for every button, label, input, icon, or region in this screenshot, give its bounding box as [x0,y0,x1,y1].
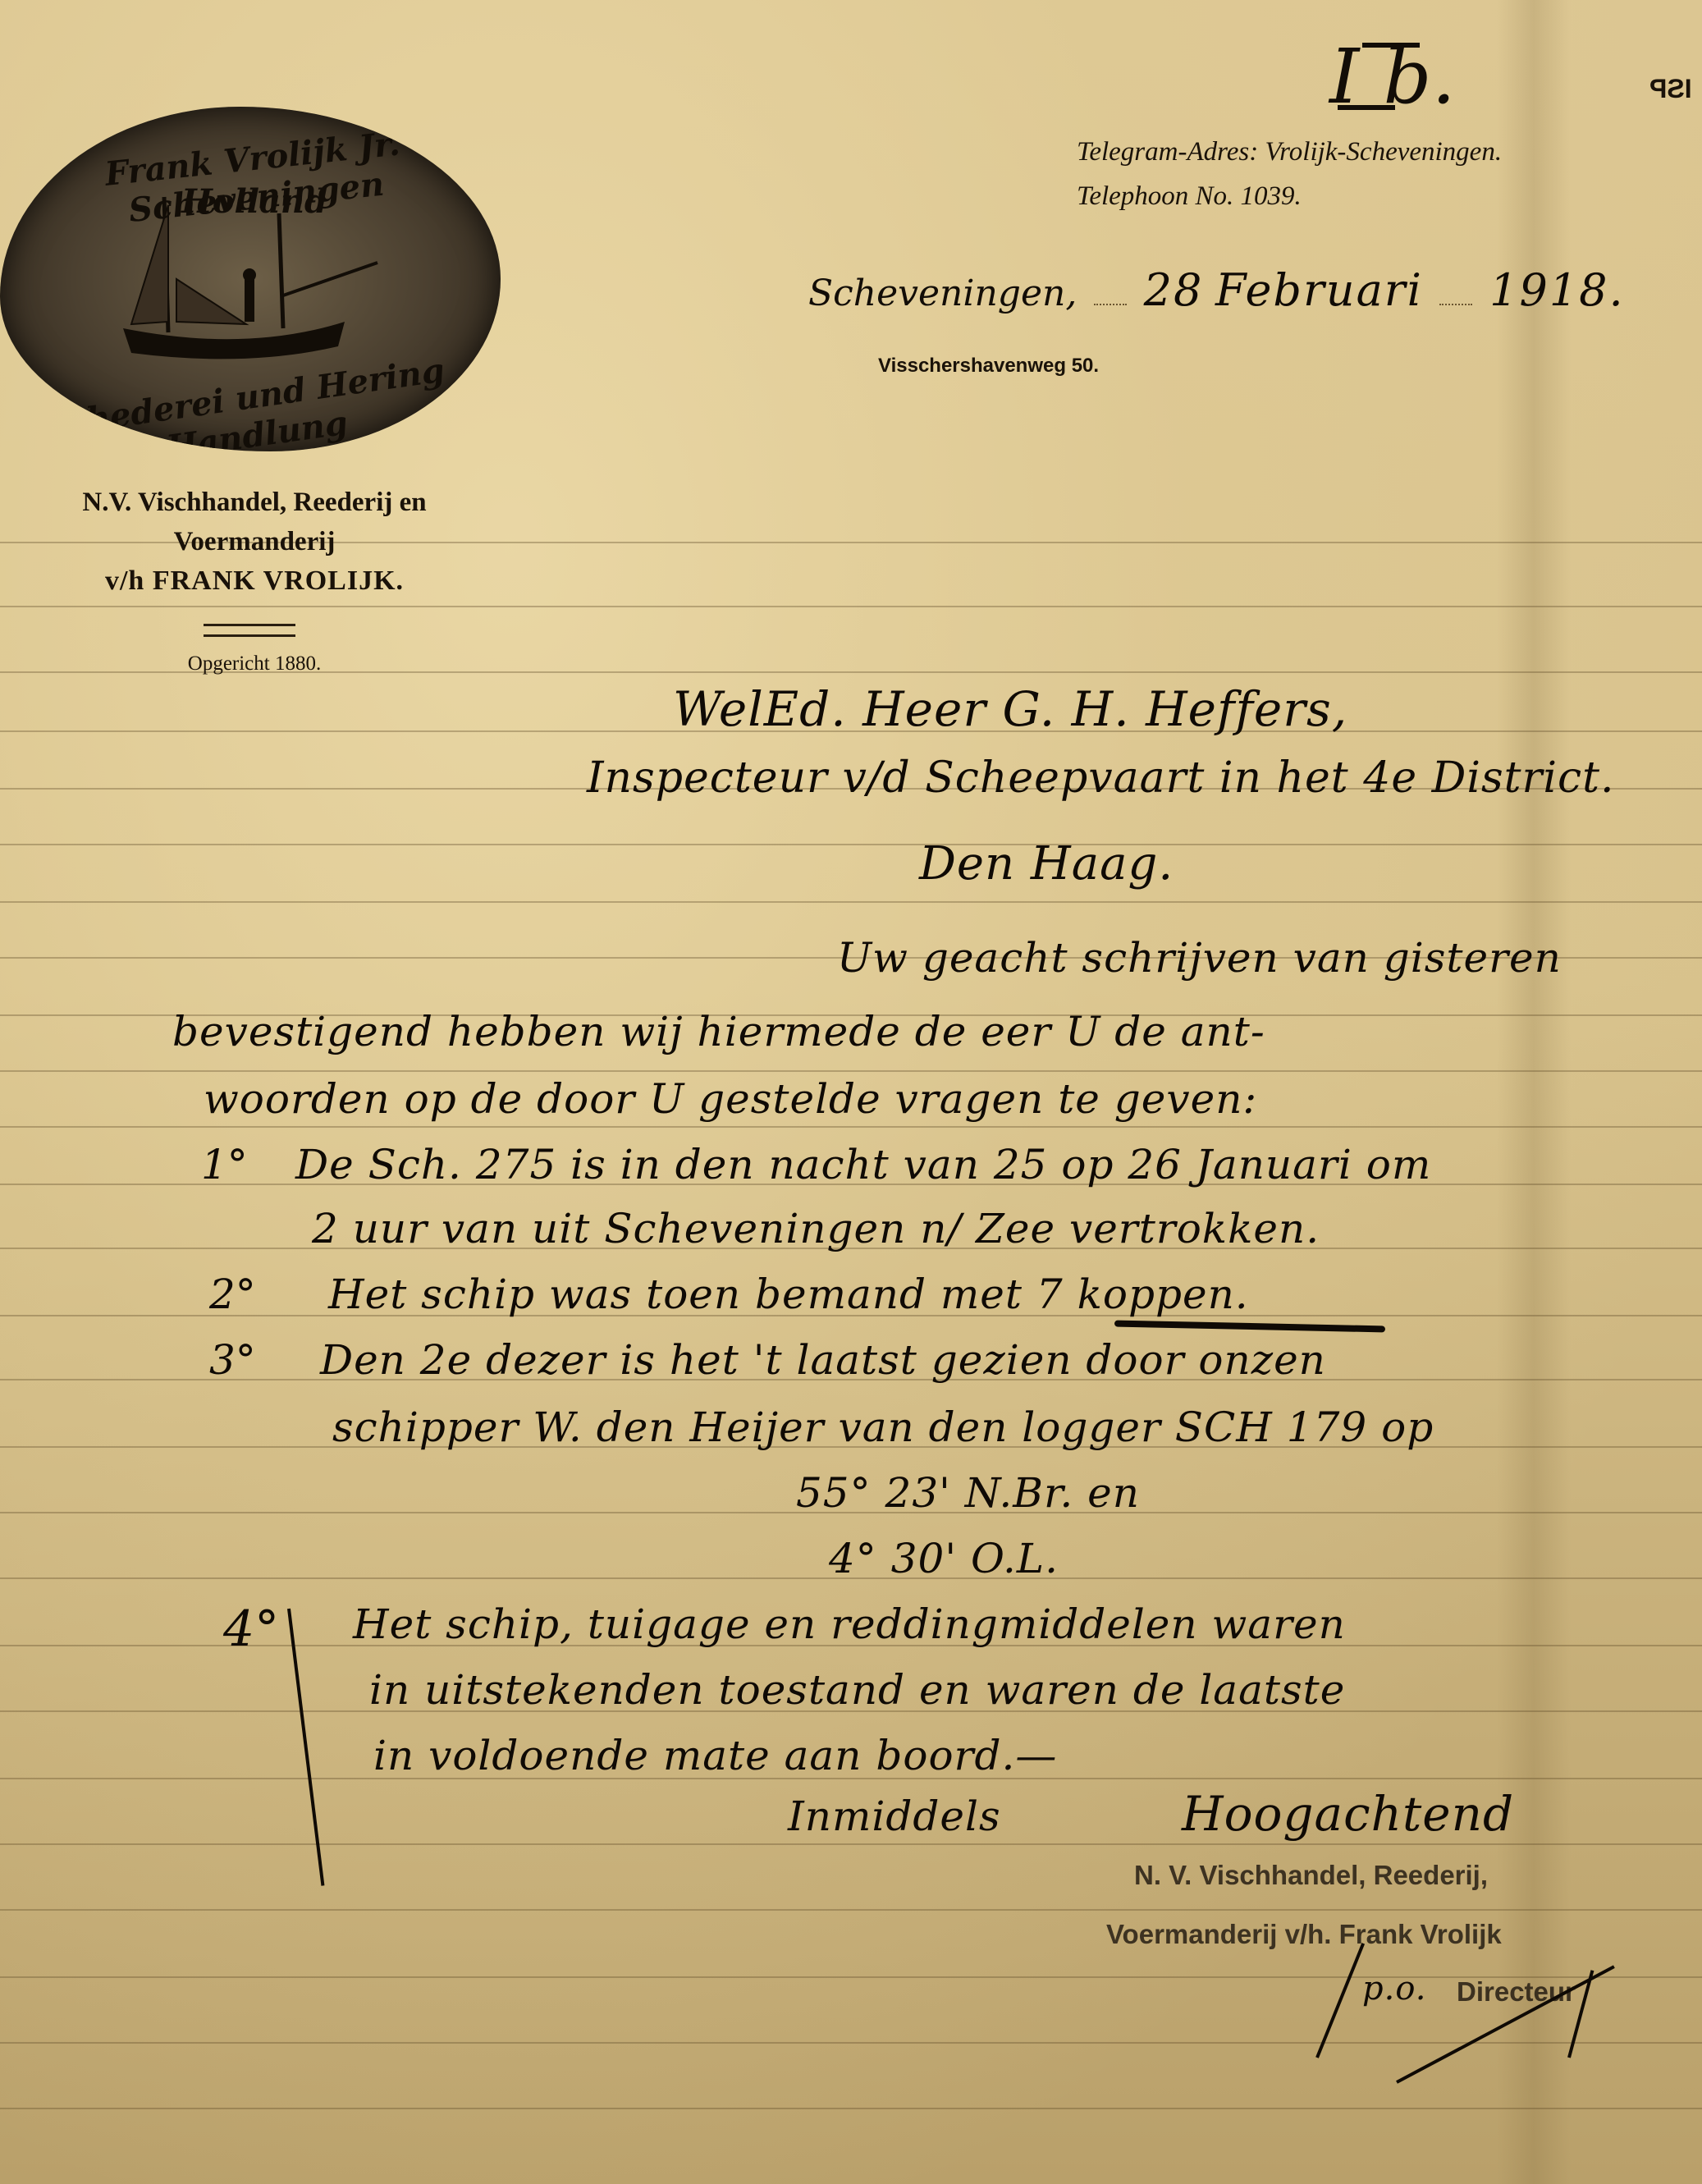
paper-fold-shadow [1497,0,1571,2184]
item-4-number: 4° [223,1600,279,1658]
double-rule-divider [204,624,295,637]
founded-year: Opgericht 1880. [16,652,492,675]
telephone-number: Telephoon No. 1039. [1077,174,1502,218]
body-intro-line-3: woorden op de door U gestelde vragen te … [204,1075,1257,1123]
margin-bracket-line [287,1609,324,1886]
stamp-line-2: Voermanderij v/h. Frank Vrolijk [1106,1919,1502,1950]
item-3-longitude: 4° 30' O.L. [829,1535,1059,1582]
date-month: Februari [1215,264,1423,316]
item-1-line-2: 2 uur van uit Scheveningen n/ Zee vertro… [312,1205,1320,1252]
item-2-number: 2° [209,1271,256,1318]
company-seal-logo: Frank Vrolijk Jr. Scheveningen Holland R… [0,107,501,451]
item-3-latitude: 55° 23' N.Br. en [796,1469,1140,1517]
date-day: 28 [1144,264,1204,316]
dateline: Scheveningen, 28 Februari 1918. [808,264,1625,316]
closing-word-1: Inmiddels [788,1793,1001,1840]
dotted-leader [1439,304,1472,305]
body-intro-line-1: Uw geacht schrijven van gisteren [837,934,1562,982]
stamp-prefix: p.o. [1362,1970,1426,2008]
item-1-line-1: De Sch. 275 is in den nacht van 25 op 26… [295,1141,1431,1188]
company-line-1: N.V. Vischhandel, Reederij en [16,483,492,522]
item-3-line-1: Den 2e dezer is het 't laatst gezien doo… [320,1336,1326,1384]
dotted-leader [1094,304,1127,305]
company-line-2: Voermanderij [16,522,492,561]
reference-underline [1338,105,1395,110]
date-year: 1918. [1489,264,1625,316]
emphasis-underline [1114,1321,1385,1333]
signature-stroke [1315,1943,1365,2058]
reference-overline [1362,43,1420,48]
item-4-line-3: in voldoende mate aan boord.— [373,1732,1057,1779]
dateline-place: Scheveningen, [808,272,1077,314]
stamp-title: Directeur [1457,1976,1576,2008]
closing-word-2: Hoogachtend [1182,1786,1514,1842]
company-line-3: v/h FRANK VROLIJK. [16,561,492,601]
company-name-block: N.V. Vischhandel, Reederij en Voermander… [16,483,492,601]
street-address: Visschershavenweg 50. [878,355,1099,378]
item-2-line-1: Het schip was toen bemand met 7 koppen. [328,1271,1249,1318]
addressee-name: WelEd. Heer G. H. Heffers, [673,681,1347,737]
addressee-city: Den Haag. [919,837,1174,891]
contact-block: Telegram-Adres: Vrolijk-Scheveningen. Te… [1077,130,1502,218]
item-4-line-2: in uitstekenden toestand en waren de laa… [369,1666,1345,1714]
addressee-title: Inspecteur v/d Scheepvaart in het 4e Dis… [587,753,1615,803]
item-3-number: 3° [209,1336,256,1384]
telegram-address: Telegram-Adres: Vrolijk-Scheveningen. [1077,130,1502,174]
seal-middle-text: Holland [131,182,377,221]
item-4-line-1: Het schip, tuigage en reddingmiddelen wa… [353,1600,1346,1648]
stamp-line-1: N. V. Vischhandel, Reederij, [1134,1860,1488,1891]
item-1-number: 1° [201,1141,248,1188]
edge-mirror-mark: ISP [1649,74,1692,104]
body-intro-line-2: bevestigend hebben wij hiermede de eer U… [172,1008,1265,1055]
item-3-line-2: schipper W. den Heijer van den logger SC… [332,1403,1434,1451]
